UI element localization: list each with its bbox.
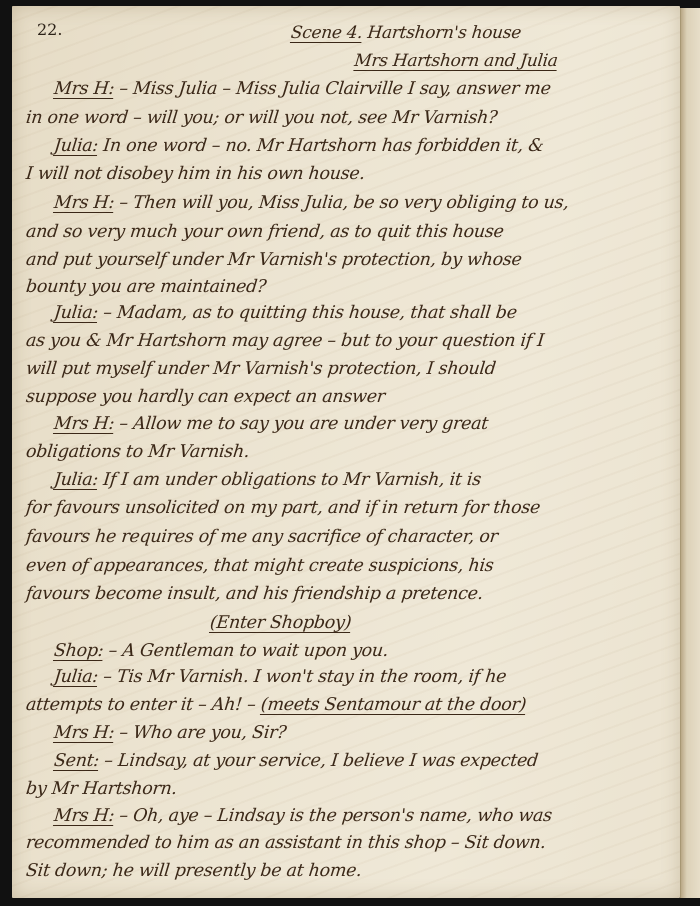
line-text: and so very much your own friend, as to … — [25, 222, 505, 242]
dialogue-line: Sit down; he will presently be at home. — [24, 856, 363, 886]
line-text: even of appearances, that might create s… — [25, 556, 495, 576]
line-text: favours he requires of me any sacrifice … — [25, 527, 499, 547]
dialogue-line: Julia: If I am under obligations to Mr V… — [52, 465, 482, 495]
dialogue-line: and so very much your own friend, as to … — [24, 217, 505, 247]
scene-characters: Mrs Hartshorn and Julia — [353, 51, 558, 71]
line-text: I will not disobey him in his own house. — [25, 164, 366, 184]
line-text: for favours unsolicited on my part, and … — [25, 498, 541, 518]
dialogue-line: as you & Mr Hartshorn may agree – but to… — [24, 326, 545, 356]
speaker-label: Mrs H: — [53, 414, 115, 434]
line-text: by Mr Hartshorn. — [25, 779, 178, 799]
line-text: bounty you are maintained? — [25, 277, 267, 297]
dialogue-line: recommended to him as an assistant in th… — [24, 828, 547, 858]
line-text: – Miss Julia – Miss Julia Clairville I s… — [118, 79, 551, 99]
dialogue-line: Mrs H: – Who are you, Sir? — [52, 718, 287, 748]
dialogue-line: Mrs H: – Miss Julia – Miss Julia Clairvi… — [52, 74, 552, 104]
line-text: as you & Mr Hartshorn may agree – but to… — [25, 331, 545, 351]
speaker-label: Sent: — [53, 751, 100, 771]
dialogue-line: for favours unsolicited on my part, and … — [24, 493, 541, 523]
line-text: attempts to enter it – Ah! – — [25, 695, 257, 715]
line-text: If I am under obligations to Mr Varnish,… — [102, 470, 482, 490]
speaker-label: Shop: — [53, 641, 105, 661]
scene-characters-line: Mrs Hartshorn and Julia — [10, 46, 700, 76]
stage-direction-text: (meets Sentamour at the door) — [260, 695, 527, 715]
line-text: Sit down; he will presently be at home. — [25, 861, 363, 881]
scene-number: Scene 4. — [290, 23, 364, 43]
line-text: – A Gentleman to wait upon you. — [108, 641, 390, 661]
dialogue-line: I will not disobey him in his own house. — [24, 159, 366, 189]
speaker-label: Mrs H: — [53, 79, 115, 99]
line-text: – Who are you, Sir? — [118, 723, 287, 743]
manuscript-page: 22. Scene 4. Hartshorn's house Mrs Harts… — [12, 6, 680, 898]
line-text: – Tis Mr Varnish. I won't stay in the ro… — [102, 667, 507, 687]
line-text: In one word – no. Mr Hartshorn has forbi… — [102, 136, 544, 156]
dialogue-line: will put myself under Mr Varnish's prote… — [24, 354, 497, 384]
speaker-label: Julia: — [53, 470, 99, 490]
dialogue-line: even of appearances, that might create s… — [24, 551, 495, 581]
dialogue-line: Mrs H: – Oh, aye – Lindsay is the person… — [52, 801, 553, 831]
line-text: obligations to Mr Varnish. — [25, 442, 250, 462]
dialogue-line: Sent: – Lindsay, at your service, I beli… — [52, 746, 539, 776]
speaker-label: Julia: — [53, 303, 99, 323]
dialogue-line: obligations to Mr Varnish. — [24, 437, 250, 467]
line-text: and put yourself under Mr Varnish's prot… — [25, 250, 523, 270]
speaker-label: Mrs H: — [53, 193, 115, 213]
line-text: will put myself under Mr Varnish's prote… — [25, 359, 497, 379]
dialogue-line: and put yourself under Mr Varnish's prot… — [24, 245, 523, 275]
dialogue-line: by Mr Hartshorn. — [24, 774, 178, 804]
dialogue-line: Julia: In one word – no. Mr Hartshorn ha… — [52, 131, 545, 161]
scene-location: Hartshorn's house — [366, 23, 522, 43]
speaker-label: Julia: — [53, 667, 99, 687]
dialogue-line: Julia: – Tis Mr Varnish. I won't stay in… — [52, 662, 507, 692]
line-text: recommended to him as an assistant in th… — [25, 833, 547, 853]
dialogue-line: Mrs H: – Allow me to say you are under v… — [52, 409, 489, 439]
dialogue-line: in one word – will you; or will you not,… — [24, 103, 498, 133]
speaker-label: Mrs H: — [53, 723, 115, 743]
line-text: – Oh, aye – Lindsay is the person's name… — [118, 806, 553, 826]
speaker-label: Julia: — [53, 136, 99, 156]
dialogue-line: favours he requires of me any sacrifice … — [24, 522, 499, 552]
line-text: favours become insult, and his friendshi… — [25, 584, 484, 604]
facing-page-edge — [680, 8, 700, 898]
stage-direction: (Enter Shopboy) — [208, 608, 352, 638]
line-text: suppose you hardly can expect an answer — [25, 387, 386, 407]
stage-direction-text: (Enter Shopboy) — [209, 613, 352, 633]
dialogue-line: suppose you hardly can expect an answer — [24, 382, 386, 412]
line-text: – Lindsay, at your service, I believe I … — [103, 751, 539, 771]
line-text: in one word – will you; or will you not,… — [25, 108, 498, 128]
dialogue-line: Mrs H: – Then will you, Miss Julia, be s… — [52, 188, 570, 218]
line-text: – Allow me to say you are under very gre… — [118, 414, 489, 434]
dialogue-line: favours become insult, and his friendshi… — [24, 579, 484, 609]
line-text: – Madam, as to quitting this house, that… — [102, 303, 518, 323]
dialogue-line: Julia: – Madam, as to quitting this hous… — [52, 298, 518, 328]
dialogue-line: attempts to enter it – Ah! – (meets Sent… — [24, 690, 527, 720]
scene-heading: Scene 4. Hartshorn's house — [10, 18, 700, 48]
line-text: – Then will you, Miss Julia, be so very … — [118, 193, 569, 213]
speaker-label: Mrs H: — [53, 806, 115, 826]
